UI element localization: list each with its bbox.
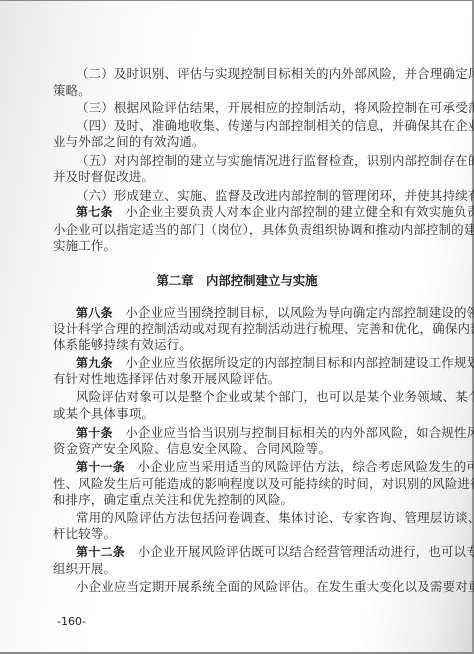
text-line: 体系能够持续有效运行。: [53, 338, 192, 352]
text-line: （五）对内部控制的建立与实施情况进行监督检查，识别内部控制存在的问题: [76, 154, 474, 168]
article-label: 第八条: [76, 306, 113, 320]
text-line: 风险评估对象可以是整个企业或某个部门，也可以是某个业务领域、某个产品: [76, 390, 474, 404]
text-line: 资金资产安全风险、信息安全风险、合同风险等。: [53, 442, 331, 456]
line-text: （六）形成建立、实施、监督及改进内部控制的管理闭环，并使其持续有效运行。: [76, 188, 474, 203]
text-line: （四）及时、准确地收集、传递与内部控制相关的信息，并确保其在企业内部、企: [76, 119, 474, 133]
article-label: 第十条: [76, 426, 113, 440]
line-text: 并及时督促改进。: [53, 169, 154, 184]
page-number: -160-: [57, 615, 86, 628]
article-line: 第八条 小企业应当围绕控制目标，以风险为导向确定内部控制建设的领域，: [76, 306, 474, 320]
article-label: 第十一条: [76, 460, 125, 474]
line-text: 体系能够持续有效运行。: [53, 337, 192, 352]
text-line: 性、风险发生后可能造成的影响程度以及可能持续的时间，对识别的风险进行分析: [53, 477, 474, 491]
line-text: 小企业主要负责人对本企业内部控制的建立健全和有效实施负责。: [113, 204, 474, 219]
text-line: 业与外部之间的有效沟通。: [53, 135, 205, 149]
line-text: （三）根据风险评估结果，开展相应的控制活动，将风险控制在可承受范围之内。: [76, 100, 474, 115]
text-line: （二）及时识别、评估与实现控制目标相关的内外部风险，并合理确定风险应对: [76, 67, 474, 81]
line-text: 业与外部之间的有效沟通。: [53, 134, 205, 149]
line-text: 有针对性地选择评估对象开展风险评估。: [53, 371, 281, 386]
text-line: 组织开展。: [53, 562, 116, 576]
text-line: 并及时督促改进。: [53, 170, 154, 184]
line-text: 小企业应当围绕控制目标，以风险为导向确定内部控制建设的领域，: [113, 305, 474, 320]
article-line: 第十二条 小企业开展风险评估既可以结合经营管理活动进行，也可以专门: [76, 545, 474, 559]
article-line: 第七条 小企业主要负责人对本企业内部控制的建立健全和有效实施负责。: [76, 205, 474, 219]
document-page: （二）及时识别、评估与实现控制目标相关的内外部风险，并合理确定风险应对策略。（三…: [0, 1, 473, 652]
article-line: 第九条 小企业应当依据所设定的内部控制目标和内部控制建设工作规划，: [76, 356, 474, 370]
line-text: 风险评估对象可以是整个企业或某个部门，也可以是某个业务领域、某个产品: [76, 389, 474, 404]
text-line: 和排序，确定重点关注和优先控制的风险。: [53, 493, 293, 507]
line-text: 性、风险发生后可能造成的影响程度以及可能持续的时间，对识别的风险进行分析: [53, 476, 474, 491]
text-line: 常用的风险评估方法包括问卷调查、集体讨论、专家咨询、管理层访谈、行业标: [76, 511, 474, 525]
article-line: 第十一条 小企业应当采用适当的风险评估方法，综合考虑风险发生的可能: [76, 460, 474, 474]
line-text: 常用的风险评估方法包括问卷调查、集体讨论、专家咨询、管理层访谈、行业标: [76, 510, 474, 525]
text-line: 实施工作。: [53, 239, 116, 253]
article-label: 第九条: [76, 356, 113, 370]
article-line: 第十条 小企业应当恰当识别与控制目标相关的内外部风险，如合规性风险、: [76, 426, 474, 440]
line-text: 实施工作。: [53, 238, 116, 253]
text-line: （三）根据风险评估结果，开展相应的控制活动，将风险控制在可承受范围之内。: [76, 101, 474, 115]
text-line: 小企业应当定期开展系统全面的风险评估。在发生重大变化以及需要对重大: [76, 580, 474, 594]
line-text: 小企业应当定期开展系统全面的风险评估。在发生重大变化以及需要对重大: [76, 579, 474, 594]
line-text: 设计科学合理的控制活动或对现有控制活动进行梳理、完善和优化，确保内部控制: [53, 321, 474, 336]
article-label: 第十二条: [76, 545, 125, 559]
line-text: 小企业应当依据所设定的内部控制目标和内部控制建设工作规划，: [113, 355, 474, 370]
line-text: 组织开展。: [53, 561, 116, 576]
article-label: 第七条: [76, 205, 113, 219]
line-text: （五）对内部控制的建立与实施情况进行监督检查，识别内部控制存在的问题: [76, 153, 474, 168]
line-text: 杆比较等。: [53, 526, 116, 541]
text-line: 或某个具体事项。: [53, 407, 154, 421]
line-text: 和排序，确定重点关注和优先控制的风险。: [53, 492, 293, 507]
line-text: 资金资产安全风险、信息安全风险、合同风险等。: [53, 441, 331, 456]
line-text: 小企业应当恰当识别与控制目标相关的内外部风险，如合规性风险、: [113, 425, 474, 440]
chapter-heading: 第二章 内部控制建立与实施: [0, 271, 474, 289]
line-text: （四）及时、准确地收集、传递与内部控制相关的信息，并确保其在企业内部、企: [76, 118, 474, 133]
line-text: 或某个具体事项。: [53, 406, 154, 421]
text-line: （六）形成建立、实施、监督及改进内部控制的管理闭环，并使其持续有效运行。: [76, 189, 474, 203]
text-line: 策略。: [53, 84, 91, 98]
text-line: 有针对性地选择评估对象开展风险评估。: [53, 372, 281, 386]
line-text: （二）及时识别、评估与实现控制目标相关的内外部风险，并合理确定风险应对: [76, 66, 474, 81]
text-line: 设计科学合理的控制活动或对现有控制活动进行梳理、完善和优化，确保内部控制: [53, 322, 474, 336]
line-text: 策略。: [53, 83, 91, 98]
line-text: 小企业可以指定适当的部门（岗位），具体负责组织协调和推动内部控制的建立与: [53, 222, 474, 237]
text-line: 杆比较等。: [53, 527, 116, 541]
line-text: 小企业开展风险评估既可以结合经营管理活动进行，也可以专门: [125, 544, 474, 559]
line-text: 小企业应当采用适当的风险评估方法，综合考虑风险发生的可能: [125, 459, 474, 474]
text-line: 小企业可以指定适当的部门（岗位），具体负责组织协调和推动内部控制的建立与: [53, 223, 474, 237]
